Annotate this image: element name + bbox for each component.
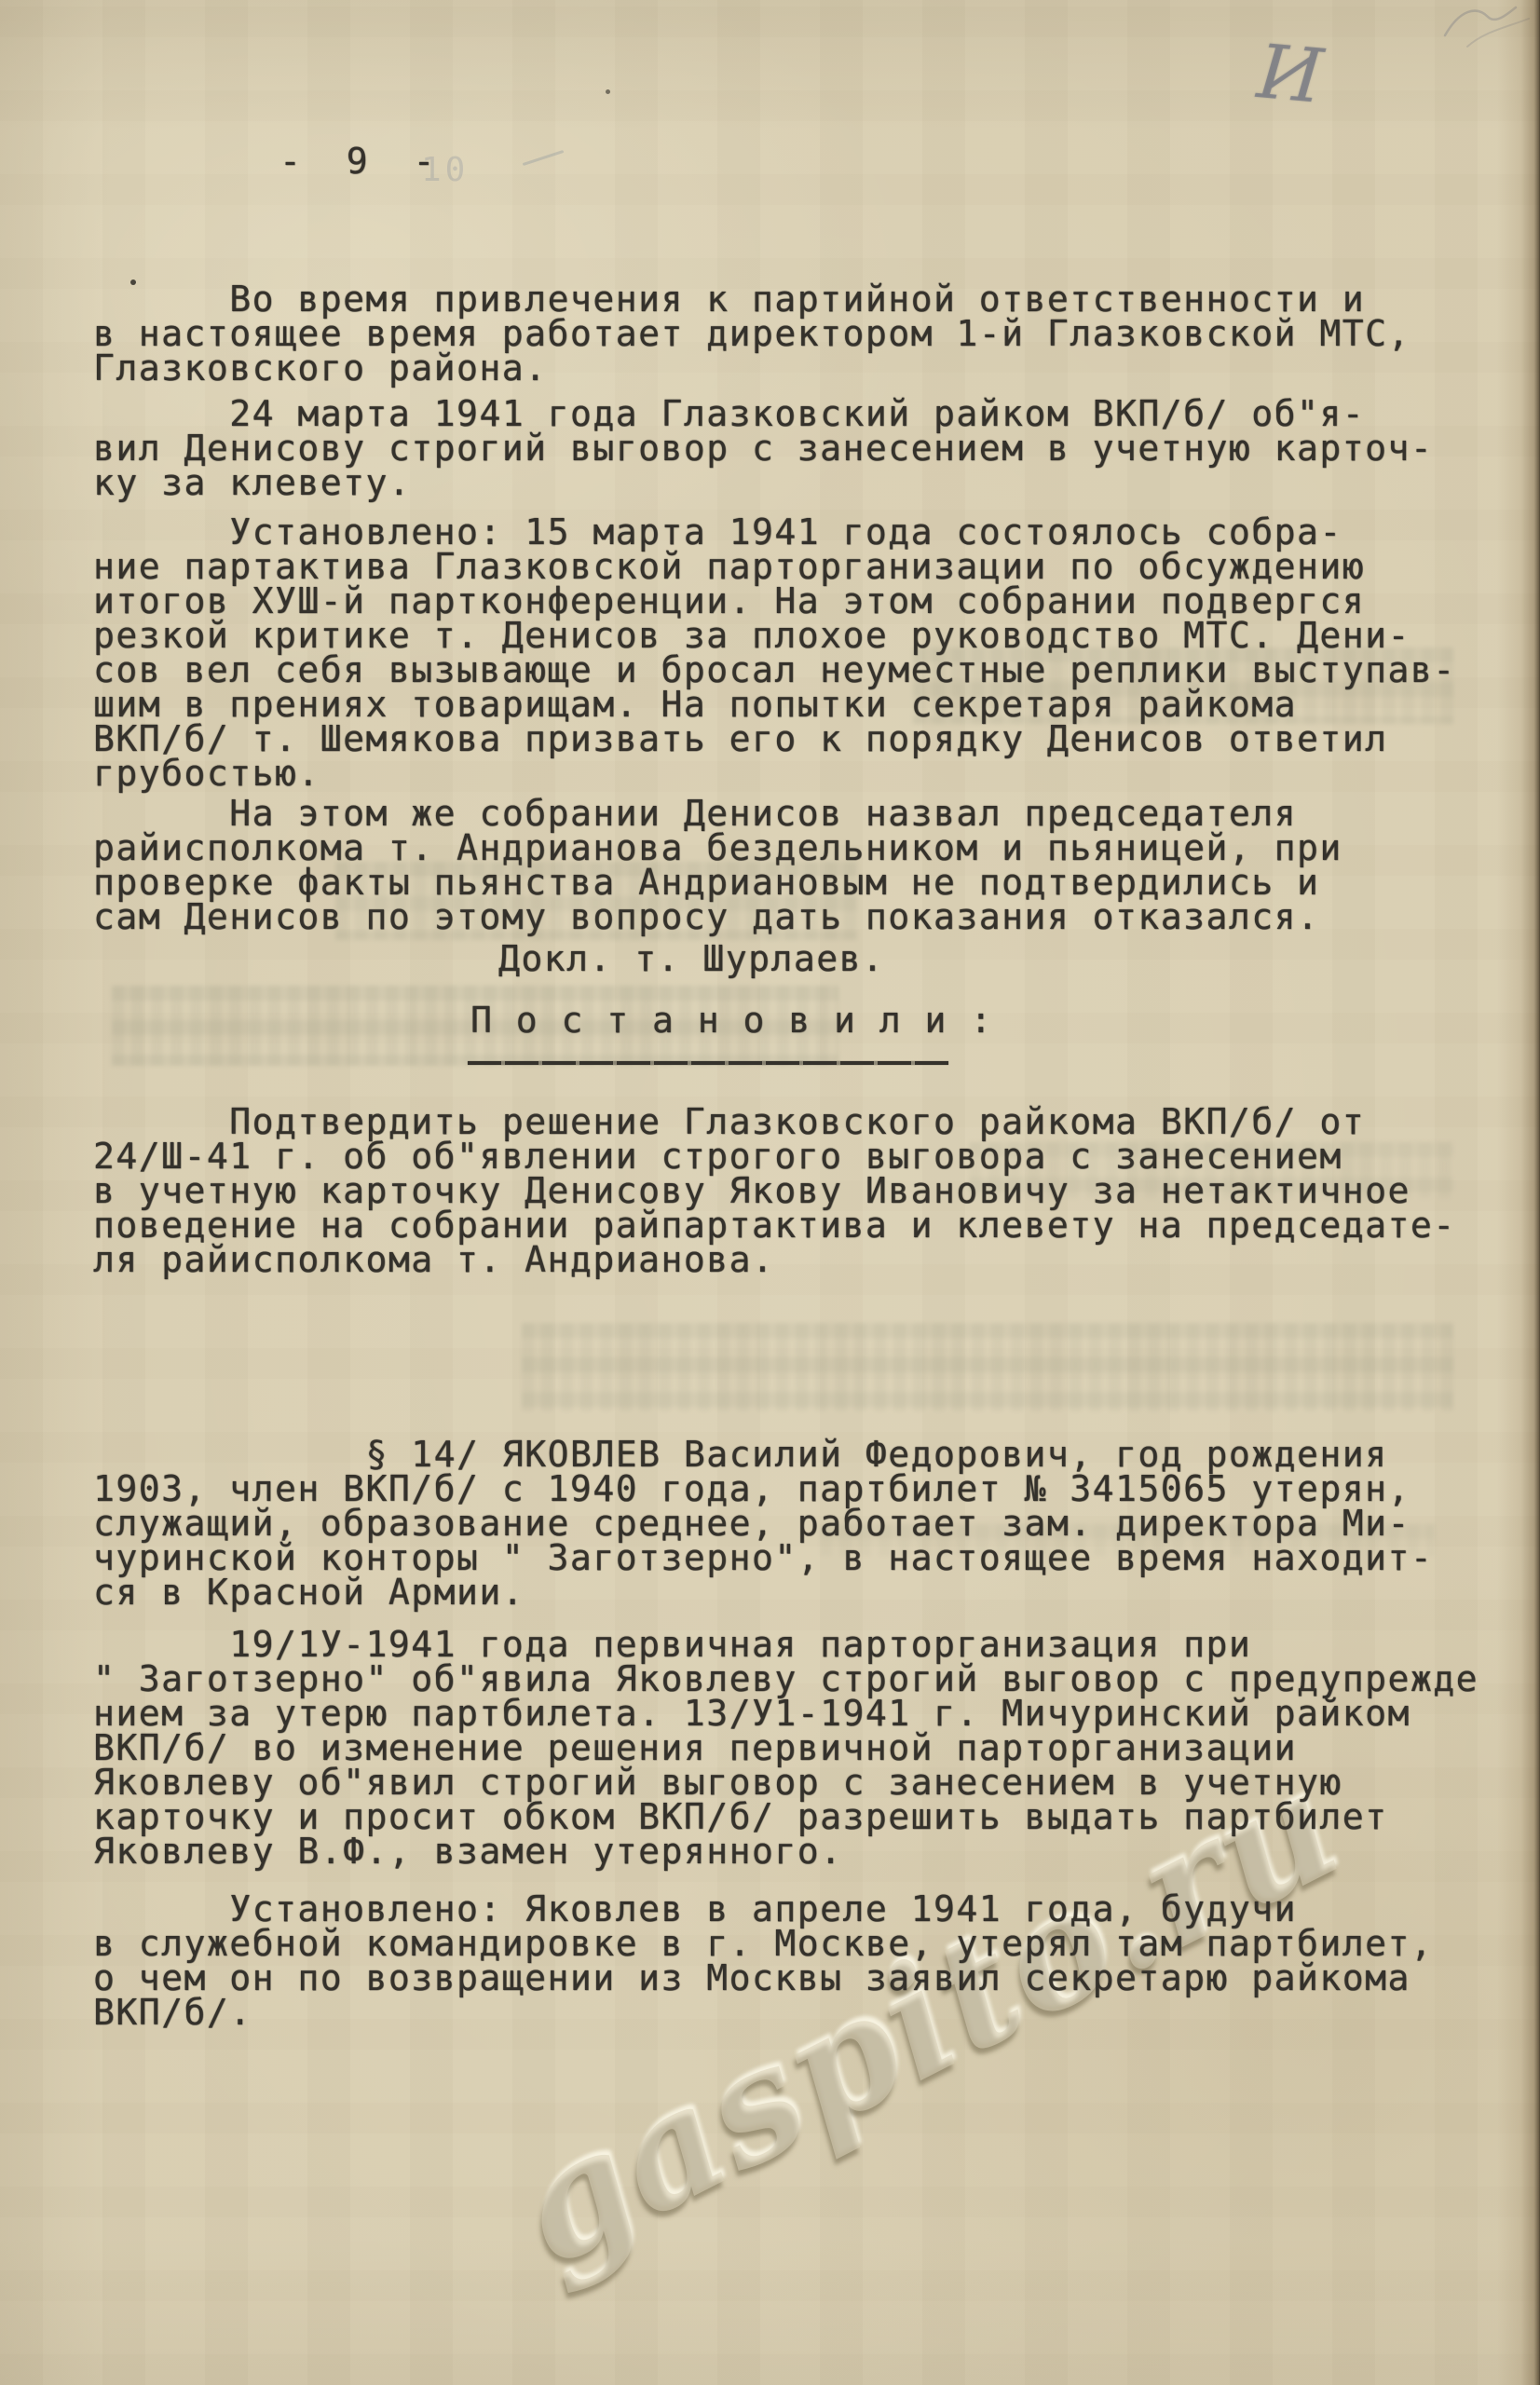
paragraph-slander-andrianov: На этом же собрании Денисов назвал предс… [93,797,1491,934]
paragraph-reprimand-march24: 24 марта 1941 года Глазковский райком ВК… [93,397,1491,500]
page-edge-shadow [1497,0,1540,2385]
paragraph-denisov-position: Во время привлечения к партийной ответст… [93,282,1491,386]
paragraph-yakovlev-ustanovleno: Установлено: Яковлев в апреле 1941 года,… [93,1892,1491,2030]
page-number: - 9 - [279,144,522,179]
reporter-line: Докл. т. Шурлаев. [498,942,1057,976]
ink-dot [606,89,610,94]
handwritten-mark: И [1255,34,1326,115]
bleedthrough-ghost [522,1323,1453,1411]
pencil-check-mark [523,150,565,166]
paragraph-section14-yakovlev: § 14/ ЯКОВЛЕВ Василий Федорович, год рож… [93,1438,1491,1610]
paragraph-yakovlev-reprimand: 19/1У-1941 года первичная парторганизаци… [93,1628,1491,1869]
paragraph-resolution-confirm: Подтвердить решение Глазковского райкома… [93,1105,1491,1277]
heading-underline [468,1061,948,1065]
resolution-heading: П о с т а н о в и л и : [470,1003,1123,1038]
faint-pencil-page-note: 10 [421,151,469,189]
paragraph-ustanovleno-meeting: Установлено: 15 марта 1941 года состояло… [93,515,1491,791]
scanned-document-page: gaspito.ru - 9 - 10 И Во время привлечен… [0,0,1540,2385]
